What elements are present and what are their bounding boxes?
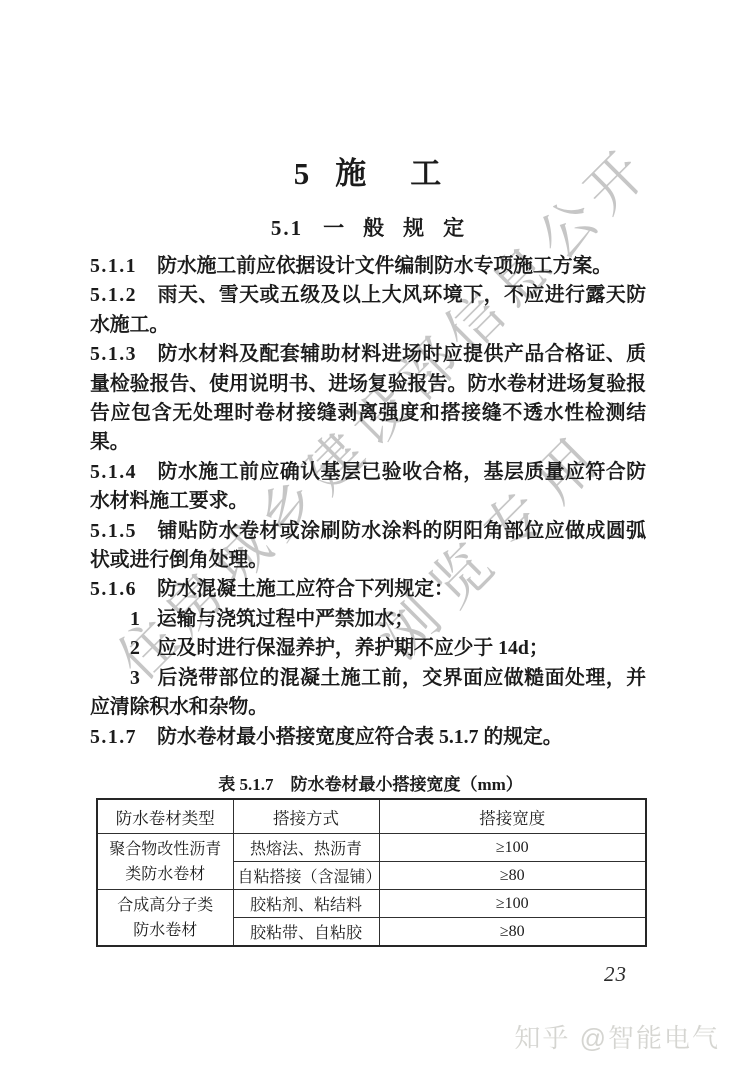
clause-5-1-4: 5.1.4防水施工前应确认基层已验收合格，基层质量应符合防水材料施工要求。 [90,458,646,517]
clause-text: 防水卷材最小搭接宽度应符合表 5.1.7 的规定。 [157,726,563,748]
cell-width: ≥80 [379,918,646,947]
clause-5-1-2: 5.1.2雨天、雪天或五级及以上大风环境下，不应进行露天防水施工。 [90,281,646,340]
cell-type-synthetic-polymer: 合成高分子类 防水卷材 [97,890,233,947]
item-text: 运输与浇筑过程中严禁加水； [157,608,414,630]
clause-number: 5.1.1 [90,255,137,277]
lap-width-table: 防水卷材类型 搭接方式 搭接宽度 聚合物改性沥青 类防水卷材 热熔法、热沥青 ≥… [96,798,647,947]
clause-number: 5.1.3 [90,343,137,365]
cell-type-polymer-bitumen: 聚合物改性沥青 类防水卷材 [97,834,233,890]
item-number: 3 [130,667,140,689]
clause-text: 防水材料及配套辅助材料进场时应提供产品合格证、质量检验报告、使用说明书、进场复验… [90,343,646,453]
chapter-title-text: 施工 [335,156,485,191]
clause-5-1-6-item-2: 2应及时进行保湿养护，养护期不应少于 14d； [90,634,646,663]
table-row: 聚合物改性沥青 类防水卷材 热熔法、热沥青 ≥100 [97,834,646,862]
type-line: 聚合物改性沥青 [102,837,229,862]
section-number: 5.1 [271,216,303,240]
type-line: 合成高分子类 [102,893,229,918]
clause-text: 铺贴防水卷材或涂刷防水涂料的阴阳角部位应做成圆弧状或进行倒角处理。 [90,520,646,571]
chapter-number: 5 [294,156,310,191]
page-number: 23 [604,962,627,987]
item-text: 后浇带部位的混凝土施工前，交界面应做糙面处理，并应清除积水和杂物。 [90,667,646,718]
document-page: 住房城乡建设部信息公开 浏览专用 5施工 5.1一般规定 5.1.1防水施工前应… [0,0,735,1065]
cell-method: 胶粘带、自粘胶 [233,918,379,947]
table-caption: 表 5.1.7 防水卷材最小搭接宽度（mm） [96,770,645,795]
section-title-text: 一般规定 [323,216,483,240]
cell-method: 热熔法、热沥青 [233,834,379,862]
cell-method: 胶粘剂、粘结料 [233,890,379,918]
clause-number: 5.1.5 [90,520,137,542]
clause-5-1-1: 5.1.1防水施工前应依据设计文件编制防水专项施工方案。 [90,252,646,281]
clause-number: 5.1.4 [90,461,137,483]
cell-width: ≥80 [379,862,646,890]
clause-5-1-6-item-3: 3后浇带部位的混凝土施工前，交界面应做糙面处理，并应清除积水和杂物。 [90,664,646,723]
clause-5-1-7: 5.1.7防水卷材最小搭接宽度应符合表 5.1.7 的规定。 [90,723,646,752]
clause-5-1-5: 5.1.5铺贴防水卷材或涂刷防水涂料的阴阳角部位应做成圆弧状或进行倒角处理。 [90,517,646,576]
table-row: 合成高分子类 防水卷材 胶粘剂、粘结料 ≥100 [97,890,646,918]
header-membrane-type: 防水卷材类型 [97,799,233,834]
cell-method: 自粘搭接（含湿铺） [233,862,379,890]
clause-number: 5.1.2 [90,284,137,306]
item-number: 1 [130,608,140,630]
header-lap-method: 搭接方式 [233,799,379,834]
item-text: 应及时进行保湿养护，养护期不应少于 14d； [157,637,549,659]
type-line: 类防水卷材 [102,862,229,887]
cell-width: ≥100 [379,890,646,918]
table-header-row: 防水卷材类型 搭接方式 搭接宽度 [97,799,646,834]
chapter-title: 5施工 [0,148,735,193]
clause-5-1-6: 5.1.6防水混凝土施工应符合下列规定： [90,575,646,604]
clause-text: 防水施工前应依据设计文件编制防水专项施工方案。 [157,255,612,277]
clause-5-1-3: 5.1.3防水材料及配套辅助材料进场时应提供产品合格证、质量检验报告、使用说明书… [90,340,646,458]
clause-number: 5.1.7 [90,726,137,748]
clause-body: 5.1.1防水施工前应依据设计文件编制防水专项施工方案。 5.1.2雨天、雪天或… [90,252,646,752]
type-line: 防水卷材 [102,918,229,943]
clause-text: 防水施工前应确认基层已验收合格，基层质量应符合防水材料施工要求。 [90,461,646,512]
item-number: 2 [130,637,140,659]
clause-text: 雨天、雪天或五级及以上大风环境下，不应进行露天防水施工。 [90,284,646,335]
header-lap-width: 搭接宽度 [379,799,646,834]
clause-5-1-6-item-1: 1运输与浇筑过程中严禁加水； [90,605,646,634]
cell-width: ≥100 [379,834,646,862]
clause-number: 5.1.6 [90,578,137,600]
section-heading: 5.1一般规定 [0,212,735,242]
clause-text: 防水混凝土施工应符合下列规定： [157,578,454,600]
zhihu-watermark: 知乎 @智能电气 [514,1018,720,1055]
page-content: 5施工 5.1一般规定 5.1.1防水施工前应依据设计文件编制防水专项施工方案。… [0,0,735,1065]
